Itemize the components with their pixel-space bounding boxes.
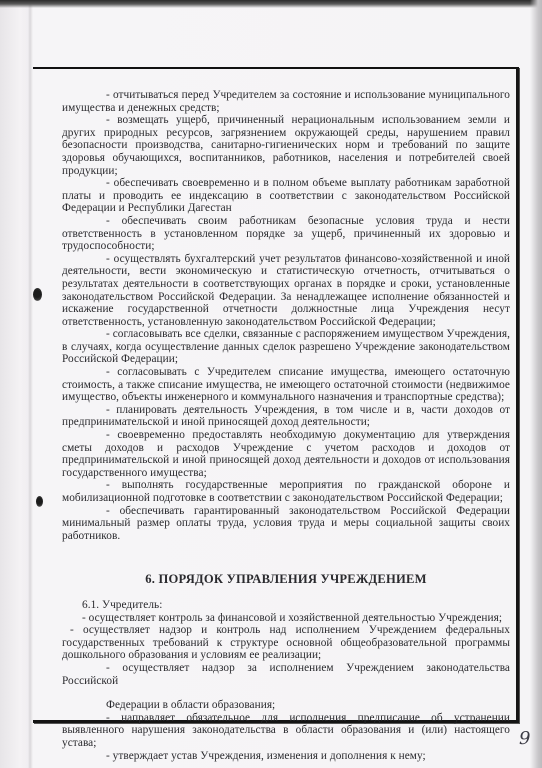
paragraph: - обеспечивать гарантированный законодат… [62,505,510,543]
paragraph: - обеспечивать своим работникам безопасн… [62,215,510,253]
scan-right-edge [530,0,542,768]
paragraph: - своевременно предоставлять необходимую… [62,429,510,479]
paragraph: - планировать деятельность Учреждения, в… [62,404,510,429]
paragraph: - утверждает устав Учреждения, изменения… [62,750,510,763]
paragraph: - осуществлять бухгалтерский учет резуль… [62,253,510,329]
paragraph: - согласовывать все сделки, связанные с … [62,328,510,366]
paragraph: - отчитываться перед Учредителем за сост… [62,89,510,114]
paragraph: Федерации в области образования; [62,699,510,712]
paragraph: - осуществляет надзор за исполнением Учр… [62,662,510,687]
section-heading: 6. ПОРЯДОК УПРАВЛЕНИЯ УЧРЕЖДЕНИЕМ [62,573,510,586]
paragraph: - осуществляет надзор и контроль над исп… [62,624,510,662]
scan-top-shadow [0,0,542,8]
page-number: 9 [519,728,530,749]
paragraph: - обеспечивать своевременно и в полном о… [62,177,510,215]
paragraph: - согласовывать с Учредителем списание и… [62,366,510,404]
paragraph: - возмещать ущерб, причиненный нерациона… [62,114,510,177]
paragraph: - направляет обязательное для исполнения… [62,712,510,750]
paragraph: - осуществляет контроль за финансовой и … [62,612,510,625]
paragraph: - выполнять государственные мероприятия … [62,479,510,504]
document-body: - отчитываться перед Учредителем за сост… [62,89,510,762]
subsection-label: 6.1. Учредитель: [62,599,510,612]
